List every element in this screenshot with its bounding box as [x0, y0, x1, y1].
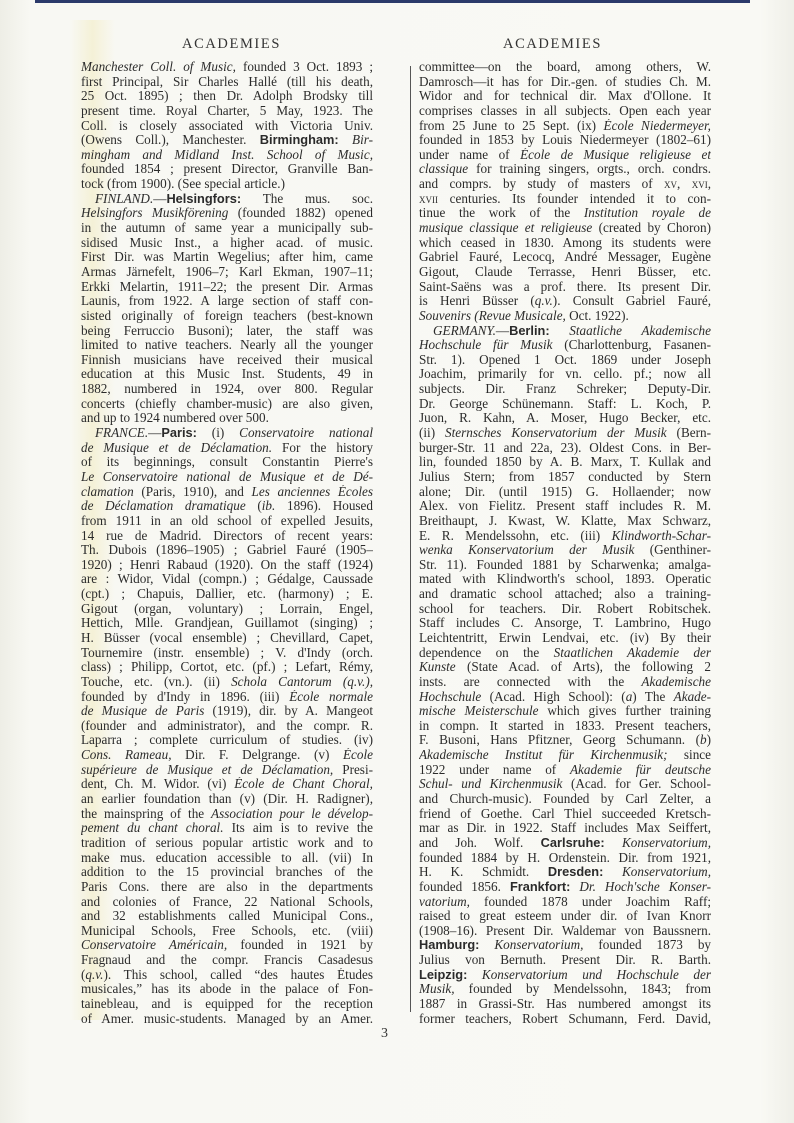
text-run: Laparra ; complete curriculum of studies… [81, 733, 373, 747]
text-run: 1922 under name of [419, 763, 570, 777]
text-run: tock (from 1900). (See special article.) [81, 177, 285, 191]
text-run: Gigout (organ, voluntary) ; Lorrain, Eng… [81, 602, 373, 616]
text-run: (Charlottenburg, Fasanen- [552, 338, 711, 352]
text-run: Julius von Bernuth. Present Dir. R. Bart… [419, 953, 711, 967]
text-line: Laparra ; complete curriculum of studies… [81, 733, 373, 748]
text-run: make mus. education accessible to all. (… [81, 851, 373, 865]
text-line: Manchester Coll. of Music, founded 3 Oct… [81, 60, 373, 75]
text-run: xvii [419, 192, 438, 206]
text-run: Akade- [674, 690, 711, 704]
text-line: Saint-Saëns was a prof. there. Its prese… [419, 280, 711, 295]
text-line: Juon, R. Kahn, A. Moser, Hugo Becker, et… [419, 411, 711, 426]
text-run: Akademische Institut für Kirchenmusik; [419, 748, 668, 762]
text-line: FINLAND.—Helsingfors: The mus. soc. [81, 192, 373, 207]
text-line: present time. Royal Charter, 5 May, 1923… [81, 104, 373, 119]
text-run: For the history [272, 441, 373, 455]
text-line: (cpt.) ; Chapuis, Dallier, etc. (harmony… [81, 587, 373, 602]
text-run: dent, Ch. M. Widor. (vi) [81, 777, 234, 791]
text-line: from 25 June to 25 Sept. (ix) École Nied… [419, 119, 711, 134]
text-line: Municipal Schools, Free Schools, etc. (v… [81, 924, 373, 939]
text-run: (Acad. High School): ( [481, 690, 625, 704]
text-run: from 1911 in an old school of expelled J… [81, 514, 373, 528]
text-run: musique classique et religieuse [419, 221, 592, 235]
text-run: Schul- und Kirchenmusik [419, 777, 562, 791]
text-line: Leipzig: Konservatorium und Hochschule d… [419, 968, 711, 983]
text-run: school for teachers. Dir. Robert Robitsc… [419, 602, 711, 616]
text-run: Les anciennes Écoles [252, 485, 373, 499]
text-line: Touche, etc. (vn.). (ii) Schola Cantorum… [81, 675, 373, 690]
text-run: Cons. Rameau, [81, 748, 172, 762]
text-line: Th. Dubois (1896–1905) ; Gabriel Fauré (… [81, 543, 373, 558]
text-line: Tournemire (instr. ensemble) ; V. d'Indy… [81, 646, 373, 661]
text-line: former teachers, Robert Schumann, Ferd. … [419, 1012, 711, 1027]
text-line: Fragnaud and the compr. Francis Casadesu… [81, 953, 373, 968]
text-run: First Dir. was Martin Wegelius; after hi… [81, 250, 373, 264]
text-line: dent, Ch. M. Widor. (vi) École de Chant … [81, 777, 373, 792]
text-run: of Amer. music-students. Managed by an A… [81, 1012, 373, 1026]
text-run: vatorium, [419, 895, 470, 909]
text-line: E. R. Mendelssohn, etc. (iii) Klindworth… [419, 529, 711, 544]
text-run: (1908–16). Present Dir. Waldemar von Bau… [419, 924, 711, 938]
text-line: founded in 1853 by Louis Niedermeyer (18… [419, 133, 711, 148]
text-run: E. R. Mendelssohn, etc. (iii) [419, 529, 612, 543]
text-line: wenka Konservatorium der Musik (Genthine… [419, 543, 711, 558]
text-run: committee—on the board, among others, W. [419, 60, 711, 74]
text-line: Kunste (State Acad. of Arts), the follow… [419, 660, 711, 675]
text-run: founded 1878 under Joachim Raff; [470, 895, 711, 909]
left-column: Manchester Coll. of Music, founded 3 Oct… [81, 60, 373, 1026]
text-run: and colonies of France, 22 National Scho… [81, 895, 373, 909]
entry-heading: Paris: [161, 426, 197, 440]
text-run: Institution royale de [584, 206, 711, 220]
text-run: (Bern- [667, 426, 711, 440]
running-head-right: ACADEMIES [503, 36, 602, 53]
text-run: and Church-music). Founded by Carl Zelte… [419, 792, 711, 806]
text-run: founded 1854 ; present Director, Granvil… [81, 162, 373, 176]
text-run: Manchester Coll. of Music, [81, 60, 236, 74]
text-run: comprises classes in all subjects. Open … [419, 104, 711, 118]
text-run: are : Widor, Vidal (compn.) ; Gédalge, C… [81, 572, 373, 586]
text-run: (i) [197, 426, 239, 440]
text-run: Str. 11). Founded 1881 by Scharwenka; am… [419, 558, 711, 572]
text-run: sisted originally of foreign teachers (b… [81, 309, 373, 323]
text-line: comprises classes in all subjects. Open … [419, 104, 711, 119]
text-line: Cons. Rameau, Dir. F. Delgrange. (v) Éco… [81, 748, 373, 763]
text-line: and up to 1924 numbered over 500. [81, 411, 373, 426]
text-line: make mus. education accessible to all. (… [81, 851, 373, 866]
text-run: former teachers, Robert Schumann, Ferd. … [419, 1012, 711, 1026]
text-run: being Ferruccio Busoni); later, the staf… [81, 324, 373, 338]
text-line: Julius von Bernuth. Present Dir. R. Bart… [419, 953, 711, 968]
text-line: education at this Music Inst. Students, … [81, 367, 373, 382]
text-run: mische Meisterschule [419, 704, 538, 718]
text-run: Sternsches Konservatorium der Musik [445, 426, 667, 440]
text-run: Gigout, Claude Terrasse, Henri Büsser, e… [419, 265, 711, 279]
text-run: mingham and Midland Inst. School of Musi… [81, 148, 373, 162]
text-run: insts. are connected with the [419, 675, 641, 689]
text-run: founded 1856. [419, 880, 510, 894]
text-line: in compn. It started in 1833. Present te… [419, 719, 711, 734]
text-line: H. Büsser (vocal ensemble) ; Chevillard,… [81, 631, 373, 646]
text-run: Julius Stern; from 1857 conducted by Ste… [419, 470, 711, 484]
text-run: present time. Royal Charter, 5 May, 1923… [81, 104, 373, 118]
text-line: the mainspring of the Association pour l… [81, 807, 373, 822]
text-run: 1887 in Grassi-Str. Has numbered amongst… [419, 997, 711, 1011]
text-run: (1919), dir. by A. Mangeot [204, 704, 373, 718]
text-run: Staatliche Akademische [550, 324, 711, 338]
text-run: centuries. Its founder intended it to co… [438, 192, 711, 206]
text-line: Gabriel Fauré, Lecocq, André Messager, E… [419, 250, 711, 265]
text-run: addition to the 15 provincial branches o… [81, 865, 373, 879]
text-run: under name of [419, 148, 520, 162]
text-line: mingham and Midland Inst. School of Musi… [81, 148, 373, 163]
text-line: which ceased in 1830. Among its students… [419, 236, 711, 251]
text-run: for training singers, orgts., orch. cond… [468, 162, 711, 176]
text-line: Gigout, Claude Terrasse, Henri Büsser, e… [419, 265, 711, 280]
text-run: from 25 June to 25 Sept. (ix) [419, 119, 604, 133]
text-run: mar as Dir. in 1922. Staff includes Max … [419, 821, 711, 835]
text-run: Presi- [333, 763, 373, 777]
text-line: and colonies of France, 22 National Scho… [81, 895, 373, 910]
text-run: H. Büsser (vocal ensemble) ; Chevillard,… [81, 631, 373, 645]
text-run: tradition of serious popular artistic wo… [81, 836, 373, 850]
text-run: Dr. George Schünemann. Staff: L. Koch, P… [419, 397, 711, 411]
text-run: founded in 1853 by Louis Niedermeyer (18… [419, 133, 711, 147]
text-line: GERMANY.—Berlin: Staatliche Akademische [419, 324, 711, 339]
text-run: raised to great esteem under dir. of Iva… [419, 909, 711, 923]
text-line: 1920) ; Henri Rabaud (1920). On the staf… [81, 558, 373, 573]
text-run: Schola Cantorum (q.v.), [231, 675, 373, 689]
text-run: class) ; Philipp, Cortot, etc. (pf.) ; L… [81, 660, 373, 674]
text-run: (Genthiner- [634, 543, 711, 557]
text-run: alone; Dir. (until 1915) G. Hollaender; … [419, 485, 711, 499]
text-run: ib. [262, 499, 276, 513]
text-line: of Amer. music-students. Managed by an A… [81, 1012, 373, 1027]
text-run: wenka Konservatorium der Musik [419, 543, 634, 557]
text-run: École de Chant Choral, [234, 777, 373, 791]
text-run: founded 1884 by H. Ordenstein. Dir. from… [419, 851, 711, 865]
text-run: concerts (chiefly chamber-music) are als… [81, 397, 373, 411]
text-run: xv, xvi, [664, 177, 711, 191]
text-run: Finnish musicians have received their mu… [81, 353, 373, 367]
text-run: (State Acad. of Arts), the following 2 [456, 660, 711, 674]
text-line: Finnish musicians have received their mu… [81, 353, 373, 368]
text-run: FRANCE. [95, 426, 148, 440]
text-run: Oct. 1922). [566, 309, 629, 323]
text-run: 25 Oct. 1895) ; then Dr. Adolph Brodsky … [81, 89, 373, 103]
entry-heading: Carlsruhe: [541, 836, 605, 850]
text-run: Kunste [419, 660, 456, 674]
text-run: Souvenirs (Revue Musicale, [419, 309, 566, 323]
text-run: Armas Järnefelt, 1906–7; Karl Ekman, 190… [81, 265, 373, 279]
text-line: musicales,” has its abode in the palace … [81, 982, 373, 997]
text-run: The mus. soc. [241, 192, 373, 206]
page-number: 3 [381, 1026, 388, 1042]
text-line: Conservatoire Américain, founded in 1921… [81, 938, 373, 953]
text-run: Konservatorium, [605, 836, 711, 850]
text-run: pement du chant choral. [81, 821, 224, 835]
text-run: Touche, etc. (vn.). (ii) [81, 675, 231, 689]
text-run: mated with Klindworth's school, 1893. Op… [419, 572, 711, 586]
text-line: lin, founded 1850 by A. B. Marx, T. Kull… [419, 455, 711, 470]
text-run: ( [246, 499, 262, 513]
text-run: Konservatorium, [603, 865, 711, 879]
text-line: (founder and administrator), and the com… [81, 719, 373, 734]
text-line: tinue the work of the Institution royale… [419, 206, 711, 221]
text-line: are : Widor, Vidal (compn.) ; Gédalge, C… [81, 572, 373, 587]
text-run: Launis, from 1922. A large section of st… [81, 294, 373, 308]
running-head-left: ACADEMIES [182, 36, 281, 53]
text-run: b [700, 733, 707, 747]
text-run: limited to native teachers. Nearly all t… [81, 338, 373, 352]
text-line: (q.v.). This school, called “des hautes … [81, 968, 373, 983]
text-line: Dr. George Schünemann. Staff: L. Koch, P… [419, 397, 711, 412]
text-line: F. Busoni, Hans Pfitzner, Georg Schumann… [419, 733, 711, 748]
text-line: (ii) Sternsches Konservatorium der Musik… [419, 426, 711, 441]
text-run: Tournemire (instr. ensemble) ; V. d'Indy… [81, 646, 373, 660]
text-line: Hochschule für Musik (Charlottenburg, Fa… [419, 338, 711, 353]
entry-heading: Birmingham: [260, 133, 339, 147]
text-run: Le Conservatoire national de Musique et … [81, 470, 373, 484]
text-line: founded 1856. Frankfort: Dr. Hoch'sche K… [419, 880, 711, 895]
text-line: Widor and for technical dir. Max d'Ollon… [419, 89, 711, 104]
text-line: vatorium, founded 1878 under Joachim Raf… [419, 895, 711, 910]
text-run: (founded 1882) opened [228, 206, 373, 220]
text-line: Helsingfors Musikförening (founded 1882)… [81, 206, 373, 221]
text-run: Leichtentritt, Erwin Lendvai, etc. (iv) … [419, 631, 711, 645]
text-line: (Owens Coll.), Manchester. Birmingham: B… [81, 133, 373, 148]
text-run: (ii) [419, 426, 445, 440]
text-run: F. Busoni, Hans Pfitzner, Georg Schumann… [419, 733, 700, 747]
text-line: mated with Klindworth's school, 1893. Op… [419, 572, 711, 587]
text-line: of its beginnings, consult Constantin Pi… [81, 455, 373, 470]
text-line: subjects. Dir. Franz Schreker; Deputy-Di… [419, 382, 711, 397]
text-line: class) ; Philipp, Cortot, etc. (pf.) ; L… [81, 660, 373, 675]
text-line: H. K. Schmidt. Dresden: Konservatorium, [419, 865, 711, 880]
text-run: dependence on the [419, 646, 554, 660]
text-run: Akademie für deutsche [570, 763, 711, 777]
text-run: Dr. Hoch'sche Konser- [570, 880, 711, 894]
text-run: ) [707, 733, 711, 747]
text-run: tainebleau, and is equipped for the rece… [81, 997, 373, 1011]
text-line: pement du chant choral. Its aim is to re… [81, 821, 373, 836]
text-run: founded by d'Indy in 1896. (iii) [81, 690, 289, 704]
text-run: ) The [632, 690, 673, 704]
text-run: GERMANY. [433, 324, 496, 338]
text-run: which gives further training [538, 704, 711, 718]
text-line: school for teachers. Dir. Robert Robitsc… [419, 602, 711, 617]
text-run: and comprs. by study of masters of [419, 177, 664, 191]
right-column: committee—on the board, among others, W.… [419, 60, 711, 1026]
text-run: friend of Goethe. Carl Thiel succeeded K… [419, 807, 711, 821]
text-run: in the autumn of same year a municipally… [81, 221, 373, 235]
text-run: de Déclamation dramatique [81, 499, 246, 513]
text-line: under name of École de Musique religieus… [419, 148, 711, 163]
text-run: Klindworth-Schar- [612, 529, 711, 543]
text-run: Hettich, Mlle. Grandjean, Guillamot (sin… [81, 616, 373, 630]
text-line: and Church-music). Founded by Carl Zelte… [419, 792, 711, 807]
text-line: founded 1884 by H. Ordenstein. Dir. from… [419, 851, 711, 866]
text-run: Helsingfors Musikförening [81, 206, 228, 220]
text-run: an earlier foundation than (v) (Dir. H. … [81, 792, 373, 806]
text-run: and 32 establishments called Municipal C… [81, 909, 373, 923]
text-run: of its beginnings, consult Constantin Pi… [81, 455, 373, 469]
text-run: — [148, 426, 161, 440]
text-line: musique classique et religieuse (created… [419, 221, 711, 236]
text-run: 1896). Housed [275, 499, 373, 513]
text-run: clamation [81, 485, 134, 499]
text-run: Fragnaud and the compr. Francis Casadesu… [81, 953, 373, 967]
text-run: Saint-Saëns was a prof. there. Its prese… [419, 280, 711, 294]
text-line: clamation (Paris, 1910), and Les ancienn… [81, 485, 373, 500]
text-line: Staff includes C. Ansorge, T. Lambrino, … [419, 616, 711, 631]
text-line: Coll. is closely associated with Victori… [81, 119, 373, 134]
text-run: Hochschule [419, 690, 481, 704]
text-run: (Acad. for Ger. School- [562, 777, 711, 791]
text-run: — [153, 192, 166, 206]
text-run: FINLAND. [95, 192, 153, 206]
text-line: de Déclamation dramatique (ib. 1896). Ho… [81, 499, 373, 514]
column-divider [410, 66, 411, 1012]
text-line: limited to native teachers. Nearly all t… [81, 338, 373, 353]
text-line: Leichtentritt, Erwin Lendvai, etc. (iv) … [419, 631, 711, 646]
text-line: Paris Cons. there are also in the depart… [81, 880, 373, 895]
text-run: classique [419, 162, 468, 176]
text-line: from 1911 in an old school of expelled J… [81, 514, 373, 529]
text-line: sidised Music Inst., a higher acad. of m… [81, 236, 373, 251]
text-line: and Joh. Wolf. Carlsruhe: Konservatorium… [419, 836, 711, 851]
text-run: since [668, 748, 711, 762]
text-line: first Principal, Sir Charles Hallé (till… [81, 75, 373, 90]
text-run: musicales,” has its abode in the palace … [81, 982, 373, 996]
entry-heading: Frankfort: [510, 880, 570, 894]
text-line: Str. 11). Founded 1881 by Scharwenka; am… [419, 558, 711, 573]
text-run: (cpt.) ; Chapuis, Dallier, etc. (harmony… [81, 587, 373, 601]
text-line: addition to the 15 provincial branches o… [81, 865, 373, 880]
text-run: q.v. [85, 968, 103, 982]
text-line: friend of Goethe. Carl Thiel succeeded K… [419, 807, 711, 822]
text-run: and up to 1924 numbered over 500. [81, 411, 269, 425]
text-line: Le Conservatoire national de Musique et … [81, 470, 373, 485]
text-run: Paris Cons. there are also in the depart… [81, 880, 373, 894]
text-line: Akademische Institut für Kirchenmusik; s… [419, 748, 711, 763]
text-line: Str. 1). Opened 1 Oct. 1869 under Joseph [419, 353, 711, 368]
text-line: Damrosch—it has for Dir.-gen. of studies… [419, 75, 711, 90]
text-run: Breithaupt, J. Kwast, W. Klatte, Max Sch… [419, 514, 711, 528]
text-line: Gigout (organ, voluntary) ; Lorrain, Eng… [81, 602, 373, 617]
text-line: and 32 establishments called Municipal C… [81, 909, 373, 924]
text-run: École normale [289, 690, 373, 704]
text-run: H. K. Schmidt. [419, 865, 548, 879]
text-run: subjects. Dir. Franz Schreker; Deputy-Di… [419, 382, 711, 396]
text-run: lin, founded 1850 by A. B. Marx, T. Kull… [419, 455, 711, 469]
text-line: Breithaupt, J. Kwast, W. Klatte, Max Sch… [419, 514, 711, 529]
text-line: and comprs. by study of masters of xv, x… [419, 177, 711, 192]
text-line: Hochschule (Acad. High School): (a) The … [419, 690, 711, 705]
text-run: Th. Dubois (1896–1905) ; Gabriel Fauré (… [81, 543, 373, 557]
text-line: Joachim, primarily for vn. cello. pf.; n… [419, 367, 711, 382]
text-run: founded 1873 by [583, 938, 711, 952]
text-run: Conservatoire Américain, [81, 938, 227, 952]
text-run: q.v. [535, 294, 553, 308]
text-run: in compn. It started in 1833. Present te… [419, 719, 711, 733]
text-line: insts. are connected with the Akademisch… [419, 675, 711, 690]
text-run: Juon, R. Kahn, A. Moser, Hugo Becker, et… [419, 411, 711, 425]
text-line: FRANCE.—Paris: (i) Conservatoire nationa… [81, 426, 373, 441]
text-run: supérieure de Musique et de Déclamation, [81, 763, 333, 777]
text-line: First Dir. was Martin Wegelius; after hi… [81, 250, 373, 265]
text-run: Association pour le dévelop- [211, 807, 373, 821]
text-run: 1920) ; Henri Rabaud (1920). On the staf… [81, 558, 373, 572]
text-line: 14 rue de Madrid. Directors of recent ye… [81, 529, 373, 544]
text-run: Staff includes C. Ansorge, T. Lambrino, … [419, 616, 711, 630]
text-line: (1908–16). Present Dir. Waldemar von Bau… [419, 924, 711, 939]
text-run: Alex. von Fielitz. Present staff include… [419, 499, 711, 513]
binding-edge [35, 0, 750, 3]
text-line: founded by d'Indy in 1896. (iii) École n… [81, 690, 373, 705]
text-run: ). This school, called “des hautes Étude… [103, 968, 373, 982]
text-line: Alex. von Fielitz. Present staff include… [419, 499, 711, 514]
text-run: École [343, 748, 373, 762]
text-line: de Musique de Paris (1919), dir. by A. M… [81, 704, 373, 719]
text-line: Hamburg: Konservatorium, founded 1873 by [419, 938, 711, 953]
text-run: École Niedermeyer, [604, 119, 711, 133]
text-line: Musik, founded by Mendelssohn, 1843; fro… [419, 982, 711, 997]
text-run: Gabriel Fauré, Lecocq, André Messager, E… [419, 250, 711, 264]
text-run: and Joh. Wolf. [419, 836, 541, 850]
entry-heading: Berlin: [509, 324, 550, 338]
text-line: raised to great esteem under dir. of Iva… [419, 909, 711, 924]
text-line: being Ferruccio Busoni); later, the staf… [81, 324, 373, 339]
text-line: tock (from 1900). (See special article.) [81, 177, 373, 192]
text-line: Souvenirs (Revue Musicale, Oct. 1922). [419, 309, 711, 324]
text-run: (founder and administrator), and the com… [81, 719, 373, 733]
entry-heading: Leipzig: [419, 968, 467, 982]
text-run: which ceased in 1830. Among its students… [419, 236, 711, 250]
text-line: Erkki Melartin, 1911–22; the present Dir… [81, 280, 373, 295]
text-line: classique for training singers, orgts., … [419, 162, 711, 177]
text-run: is Henri Büsser ( [419, 294, 535, 308]
text-line: supérieure de Musique et de Déclamation,… [81, 763, 373, 778]
text-line: an earlier foundation than (v) (Dir. H. … [81, 792, 373, 807]
entry-heading: Hamburg: [419, 938, 479, 952]
text-line: Launis, from 1922. A large section of st… [81, 294, 373, 309]
text-run: education at this Music Inst. Students, … [81, 367, 373, 381]
text-run: first Principal, Sir Charles Hallé (till… [81, 75, 373, 89]
text-run: de Musique de Paris [81, 704, 204, 718]
text-line: Schul- und Kirchenmusik (Acad. for Ger. … [419, 777, 711, 792]
text-run: 1882, numbered in 1924, over 800. Regula… [81, 382, 373, 396]
text-run: and dramatic school attached; also a tra… [419, 587, 711, 601]
text-run: tinue the work of the [419, 206, 584, 220]
text-line: mische Meisterschule which gives further… [419, 704, 711, 719]
text-run: Konservatorium und Hochschule der [467, 968, 711, 982]
text-run: Hochschule für Musik [419, 338, 552, 352]
text-line: Hettich, Mlle. Grandjean, Guillamot (sin… [81, 616, 373, 631]
text-line: in the autumn of same year a municipally… [81, 221, 373, 236]
text-run: Akademische [641, 675, 711, 689]
text-run: Municipal Schools, Free Schools, etc. (v… [81, 924, 373, 938]
text-line: sisted originally of foreign teachers (b… [81, 309, 373, 324]
text-run: (Paris, 1910), and [134, 485, 252, 499]
text-run: founded by Mendelssohn, 1843; from [455, 982, 711, 996]
text-line: de Musique et de Déclamation. For the hi… [81, 441, 373, 456]
text-line: 1887 in Grassi-Str. Has numbered amongst… [419, 997, 711, 1012]
text-line: Armas Järnefelt, 1906–7; Karl Ekman, 190… [81, 265, 373, 280]
text-run: the mainspring of the [81, 807, 211, 821]
text-run: Staatlichen Akademie der [554, 646, 711, 660]
text-line: founded 1854 ; present Director, Granvil… [81, 162, 373, 177]
